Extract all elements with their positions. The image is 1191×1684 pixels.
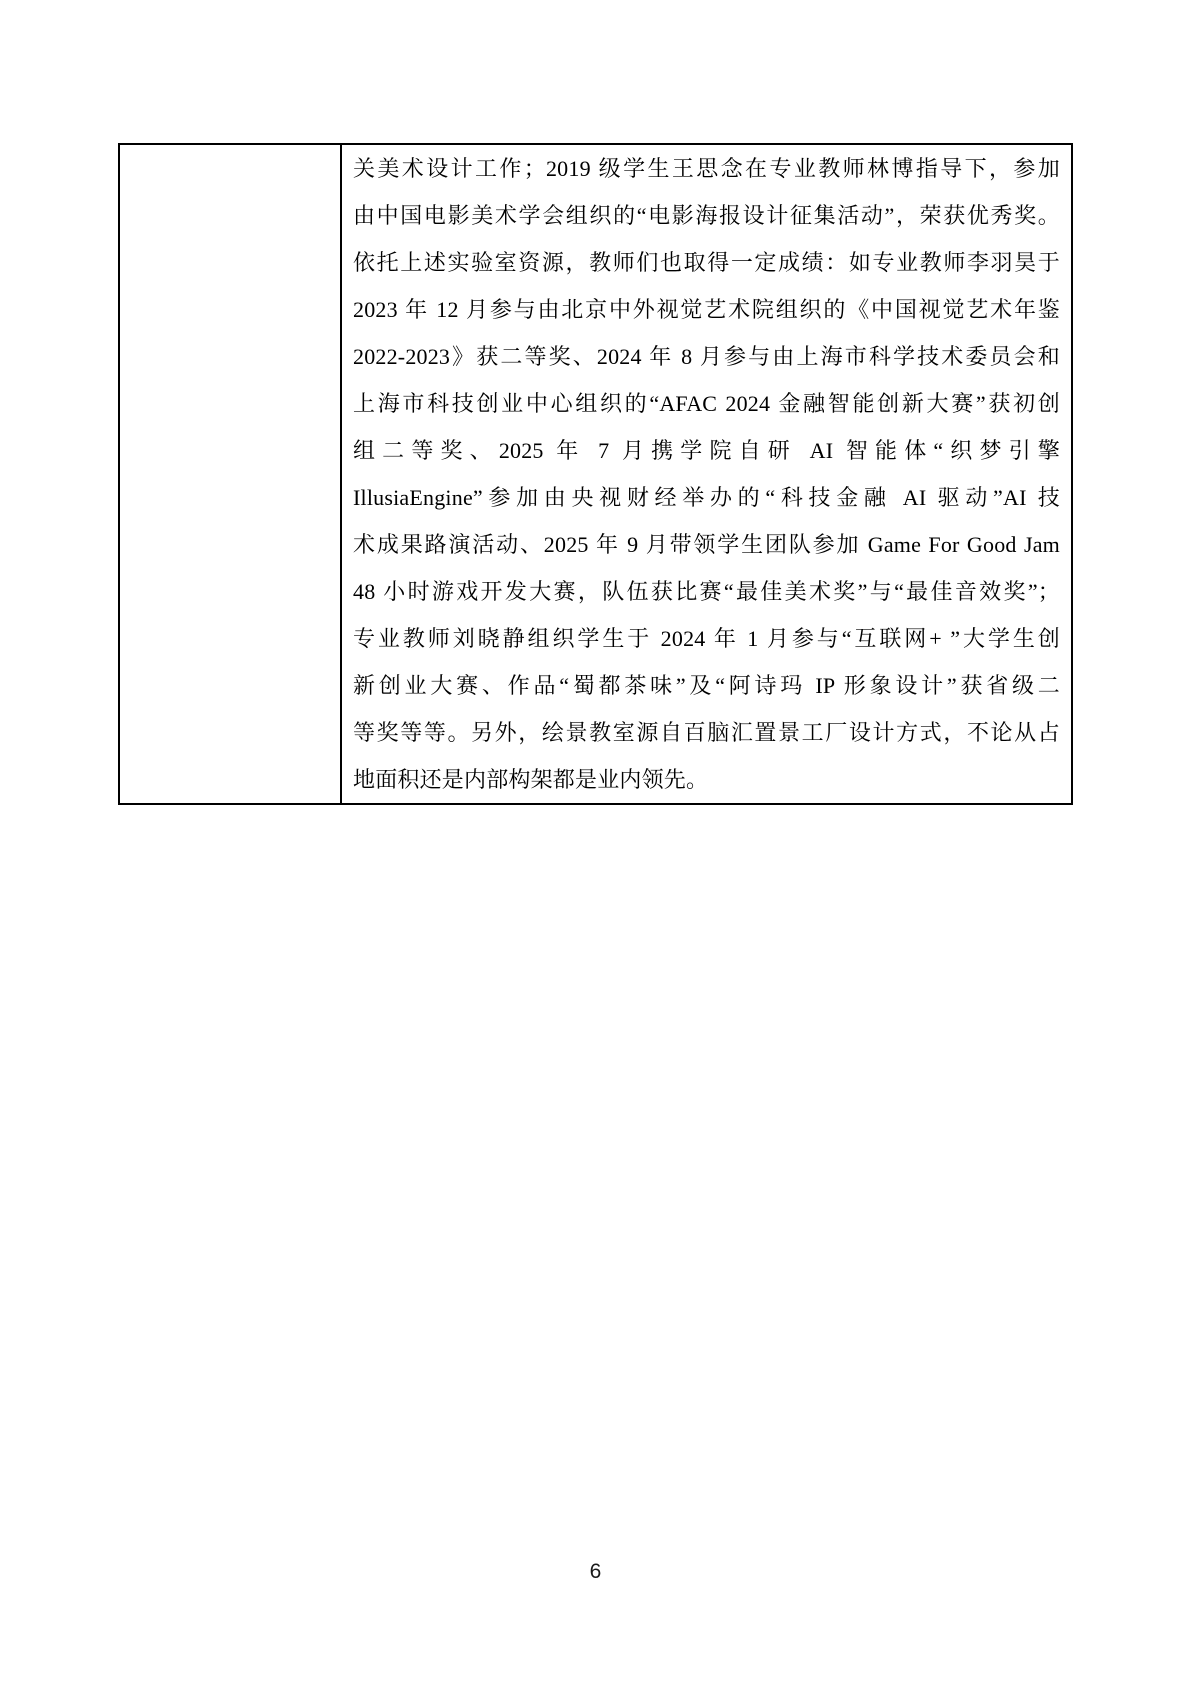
- table-cell-body-text: 关美术设计工作；2019 级学生王思念在专业教师林博指导下，参加 由中国电影美术…: [342, 145, 1071, 803]
- table-text-line: 地面积还是内部构架都是业内领先。: [353, 756, 1060, 803]
- table-text-line: 48 小时游戏开发大赛，队伍获比赛“最佳美术奖”与“最佳音效奖”；: [353, 568, 1060, 615]
- table-cell-label-empty: [120, 145, 342, 803]
- table-text-line: 由中国电影美术学会组织的“电影海报设计征集活动”，荣获优秀奖。: [353, 192, 1060, 239]
- table-text-line: 等奖等等。另外，绘景教室源自百脑汇置景工厂设计方式，不论从占: [353, 709, 1060, 756]
- table-text-line: 组二等奖、2025 年 7 月携学院自研 AI 智能体“织梦引擎: [353, 427, 1060, 474]
- content-table: 关美术设计工作；2019 级学生王思念在专业教师林博指导下，参加 由中国电影美术…: [118, 143, 1073, 805]
- table-text-line: 2022-2023》获二等奖、2024 年 8 月参与由上海市科学技术委员会和: [353, 333, 1060, 380]
- table-text-line: 专业教师刘晓静组织学生于 2024 年 1 月参与“互联网+ ”大学生创: [353, 615, 1060, 662]
- table-text-line: 关美术设计工作；2019 级学生王思念在专业教师林博指导下，参加: [353, 145, 1060, 192]
- table-text-line: 上海市科技创业中心组织的“AFAC 2024 金融智能创新大赛”获初创: [353, 380, 1060, 427]
- table-text-line: 新创业大赛、作品“蜀都茶味”及“阿诗玛 IP 形象设计”获省级二: [353, 662, 1060, 709]
- document-page: 关美术设计工作；2019 级学生王思念在专业教师林博指导下，参加 由中国电影美术…: [0, 0, 1191, 1684]
- page-number: 6: [0, 1560, 1191, 1584]
- table-text-line: 依托上述实验室资源，教师们也取得一定成绩：如专业教师李羽昊于: [353, 239, 1060, 286]
- table-text-line: 术成果路演活动、2025 年 9 月带领学生团队参加 Game For Good…: [353, 521, 1060, 568]
- table-text-line: 2023 年 12 月参与由北京中外视觉艺术院组织的《中国视觉艺术年鉴: [353, 286, 1060, 333]
- table-text-line: IllusiaEngine”参加由央视财经举办的“科技金融 AI 驱动”AI 技: [353, 474, 1060, 521]
